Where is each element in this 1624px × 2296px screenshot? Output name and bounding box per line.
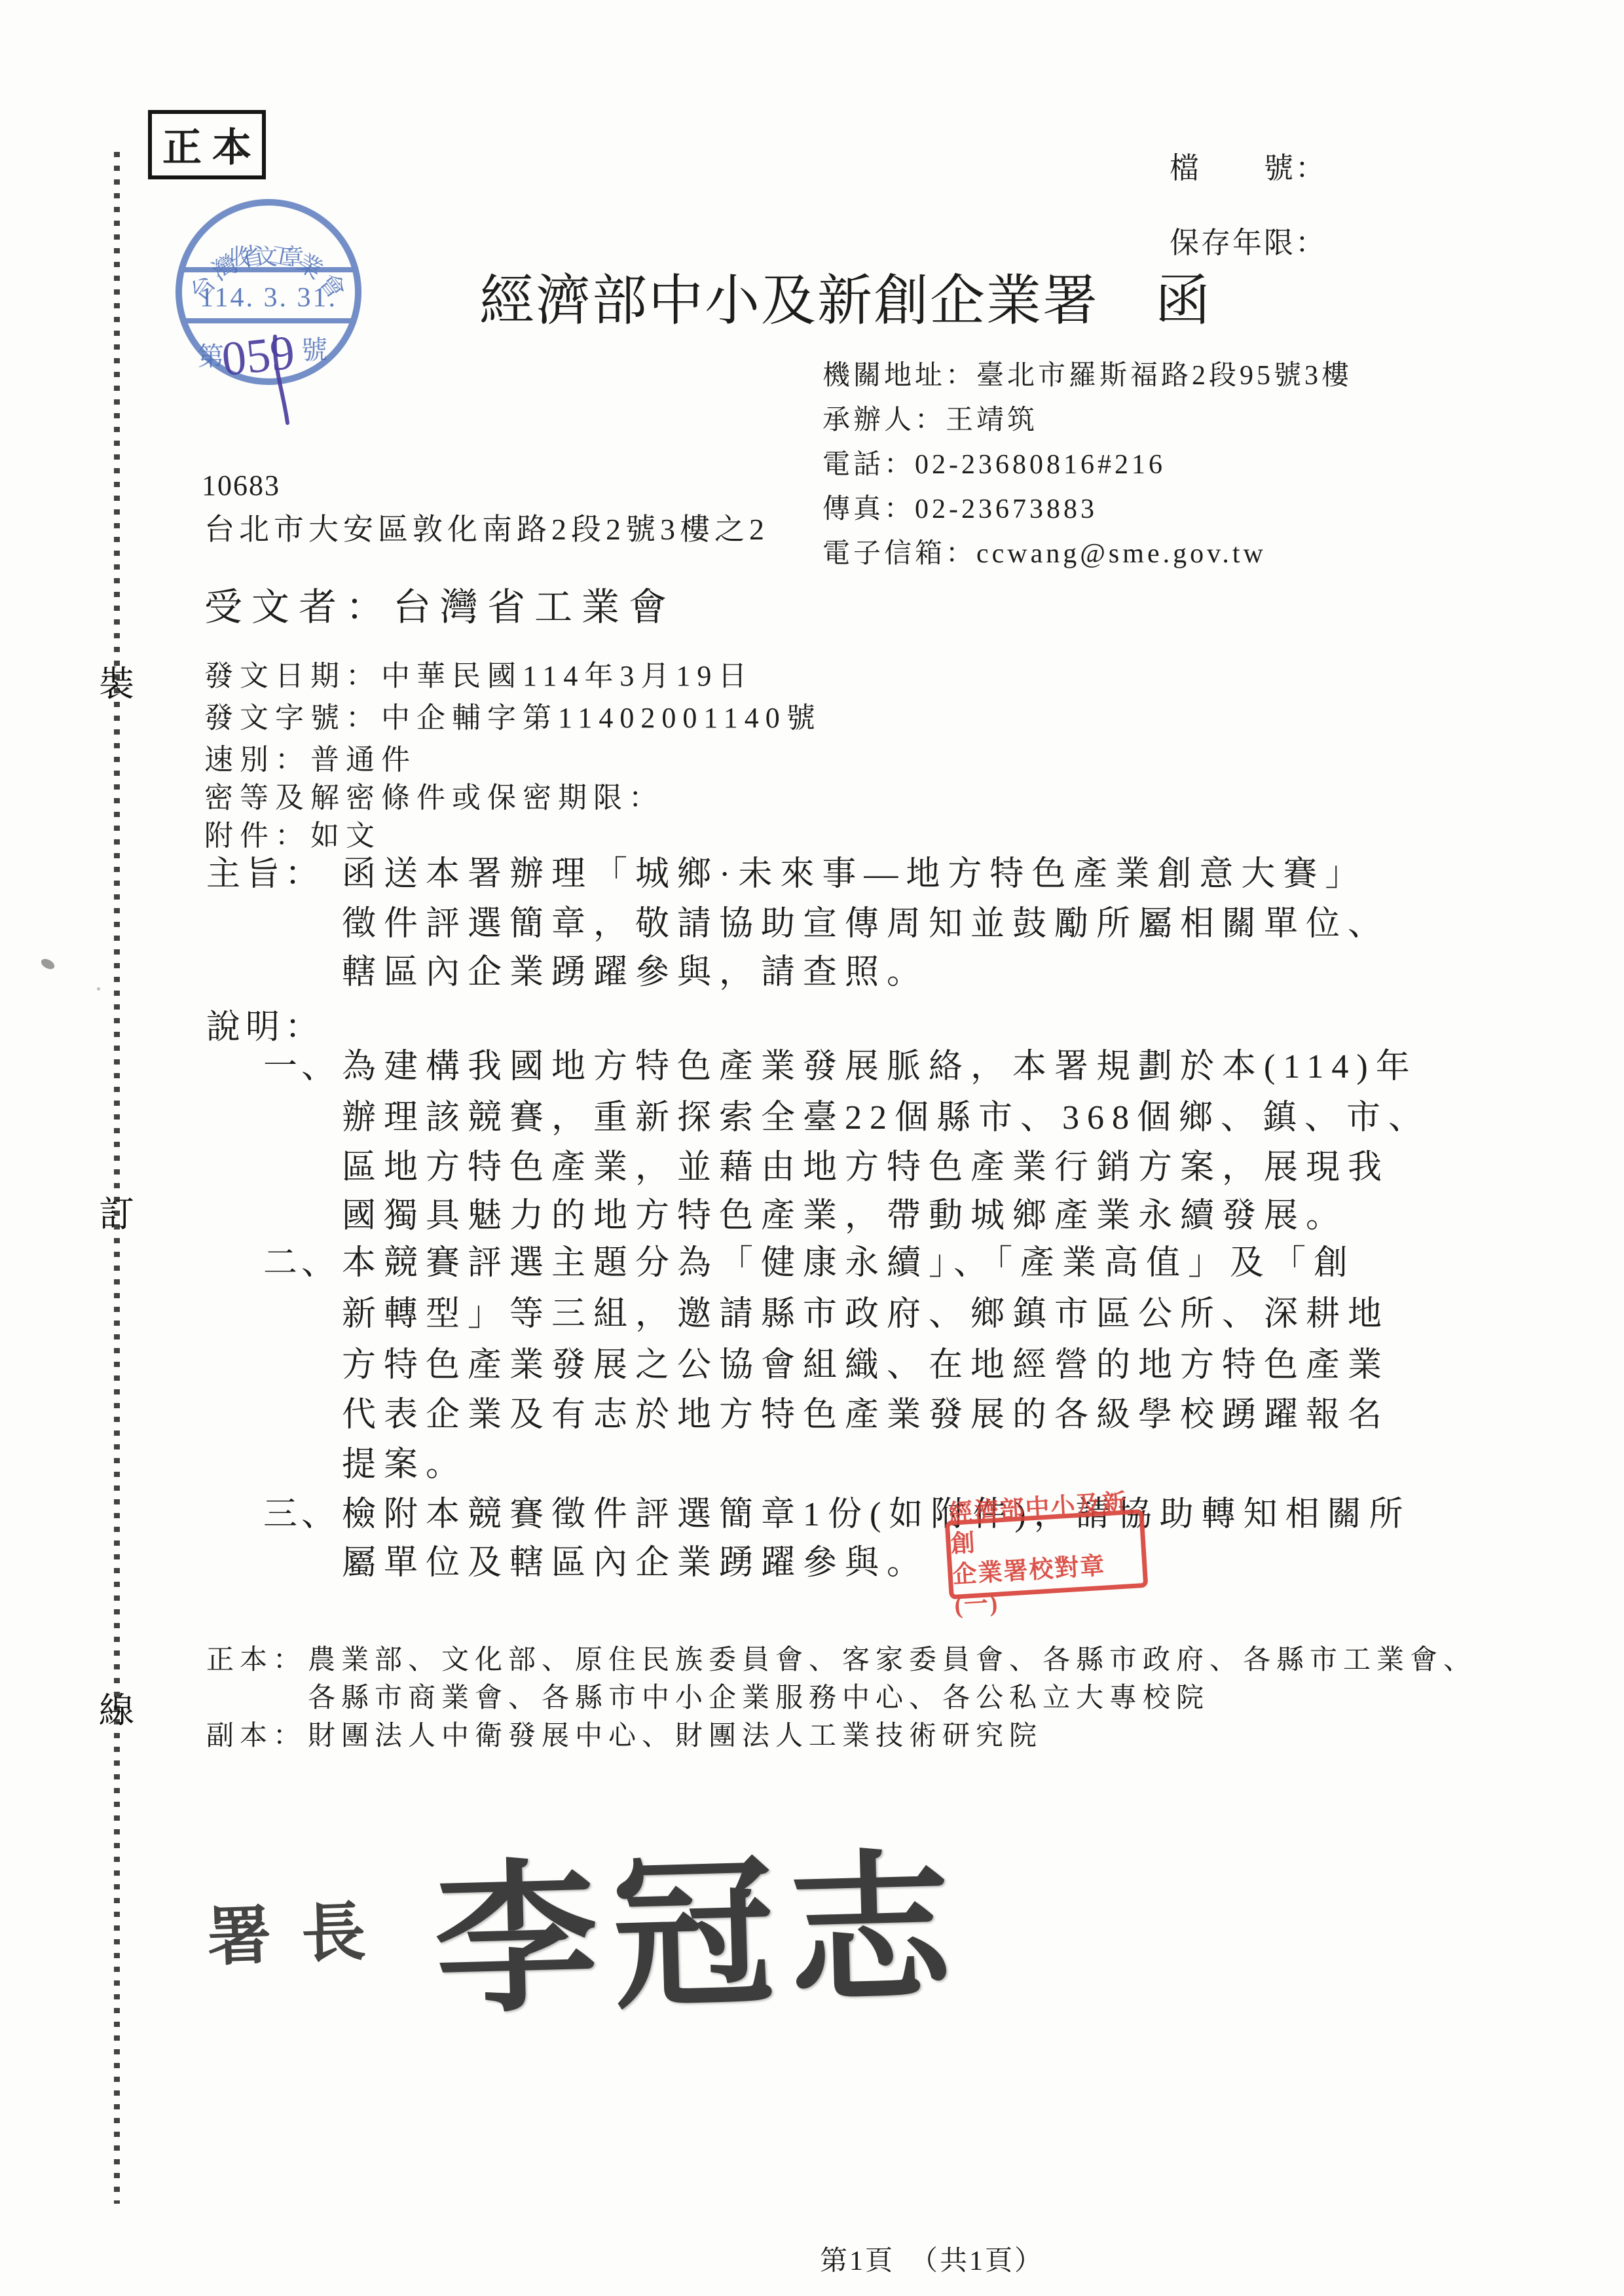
stamp-no-suffix: 號 [301,335,327,365]
item-1-line: 為建構我國地方特色產業發展脈絡，本署規劃於本(114)年 [342,1048,1418,1087]
primary-copy-line: 各縣市商業會、各縣市中小企業服務中心、各公私立大專校院 [308,1676,1209,1715]
copy-badge-text: 正本 [162,117,262,173]
item-3-number: 三、 [263,1495,339,1535]
agency-fax: 傳真：02-23673883 [822,487,1098,526]
review-stamp-line-2: 企業署校對章(一) [951,1548,1145,1622]
copy-badge-box: 正本 [148,110,266,179]
page-footer: 第1頁 （共1頁） [820,2239,1044,2278]
review-stamp-line-1: 經濟部中小及新創 [948,1487,1141,1560]
item-3-line: 屬單位及轄區內企業踴躍參與。 [342,1544,929,1583]
agency-address: 機關地址：臺北市羅斯福路2段95號3樓 [822,354,1352,393]
agency-phone: 電話：02-23680816#216 [822,443,1166,482]
cc-copy-line: 財團法人中衛發展中心、財團法人工業技術研究院 [308,1714,1043,1753]
recipient-address: 台北市大安區敦化南路2段2號3樓之2 [204,505,769,549]
item-2-line: 提案。 [342,1446,468,1485]
binding-mark-ding: 訂 [98,1186,136,1237]
meta-attachment: 附件：如文 [204,812,381,854]
item-2-line: 新轉型」等三組，邀請縣市政府、鄉鎮市區公所、深耕地 [342,1295,1390,1334]
signature-name: 李冠志 [432,1797,968,2044]
meta-doc-number: 發文字號：中企輔字第11402001140號 [204,694,822,736]
retention-label: 保存年限： [1170,219,1327,261]
agency-contact-person: 承辦人：王靖筑 [822,398,1038,437]
signature-title: 署長 [206,1880,397,1978]
binding-mark-zhuang: 裝 [98,656,136,706]
subject-label: 主旨： [206,855,324,894]
binding-line [114,152,120,2204]
meta-speed: 速別：普通件 [204,736,416,778]
stamp-dept-text: 收文章 [229,245,308,270]
primary-copy-line: 農業部、文化部、原住民族委員會、客家委員會、各縣市政府、各縣市工業會、 [308,1638,1477,1677]
recipient-line: 受文者：台灣省工業會 [204,576,676,631]
agency-email: 電子信箱：ccwang@sme.gov.tw [822,532,1266,571]
paper-speck [39,957,56,972]
document-title: 經濟部中小及新創企業署 函 [479,257,1211,336]
item-2-line: 方特色產業發展之公協會組織、在地經營的地方特色產業 [342,1346,1390,1385]
subject-line: 徵件評選簡章，敬請協助宣傳周知並鼓勵所屬相關單位、 [342,905,1390,944]
recipient-zip: 10683 [202,469,280,502]
item-1-line: 國獨具魅力的地方特色產業，帶動城鄉產業永續發展。 [342,1197,1348,1236]
meta-security: 密等及解密條件或保密期限： [204,774,664,816]
binding-mark-xian: 線 [98,1683,136,1733]
page: 裝 訂 線 正本 檔 號： 保存年限： 經濟部中小及新創企業署 函 台灣省工業會… [0,0,1624,2296]
received-stamp: 台灣省工業會 收文章 114. 3. 31. 第 號 059 [172,194,365,432]
paper-speck-small [97,987,100,991]
file-number-label: 檔 號： [1170,144,1327,187]
primary-copy-label: 正本： [206,1638,306,1677]
item-2-line: 代表企業及有志於地方特色產業發展的各級學校踴躍報名 [342,1396,1390,1435]
stamp-date-text: 114. 3. 31. [200,283,337,313]
subject-line: 函送本署辦理「城鄉·未來事—地方特色產業創意大賽」 [342,855,1367,894]
description-label: 說明： [206,1008,324,1048]
review-stamp: 經濟部中小及新創 企業署校對章(一) [945,1509,1149,1599]
meta-issue-date: 發文日期：中華民國114年3月19日 [204,652,753,694]
item-1-line: 辦理該競賽，重新探索全臺22個縣市、368個鄉、鎮、市、 [342,1099,1430,1138]
item-3-line: 檢附本競賽徵件評選簡章1份(如附件)，請協助轉知相關所 [342,1495,1411,1535]
stamp-handwritten-number: 059 [219,325,297,386]
item-2-number: 二、 [263,1244,339,1283]
item-1-line: 區地方特色產業，並藉由地方特色產業行銷方案，展現我 [342,1148,1390,1188]
subject-line: 轄區內企業踴躍參與，請查照。 [342,953,929,993]
item-1-number: 一、 [263,1048,339,1087]
item-2-line: 本競賽評選主題分為「健康永續」、「產業高值」及「創 [342,1244,1356,1283]
cc-copy-label: 副本： [206,1714,306,1753]
